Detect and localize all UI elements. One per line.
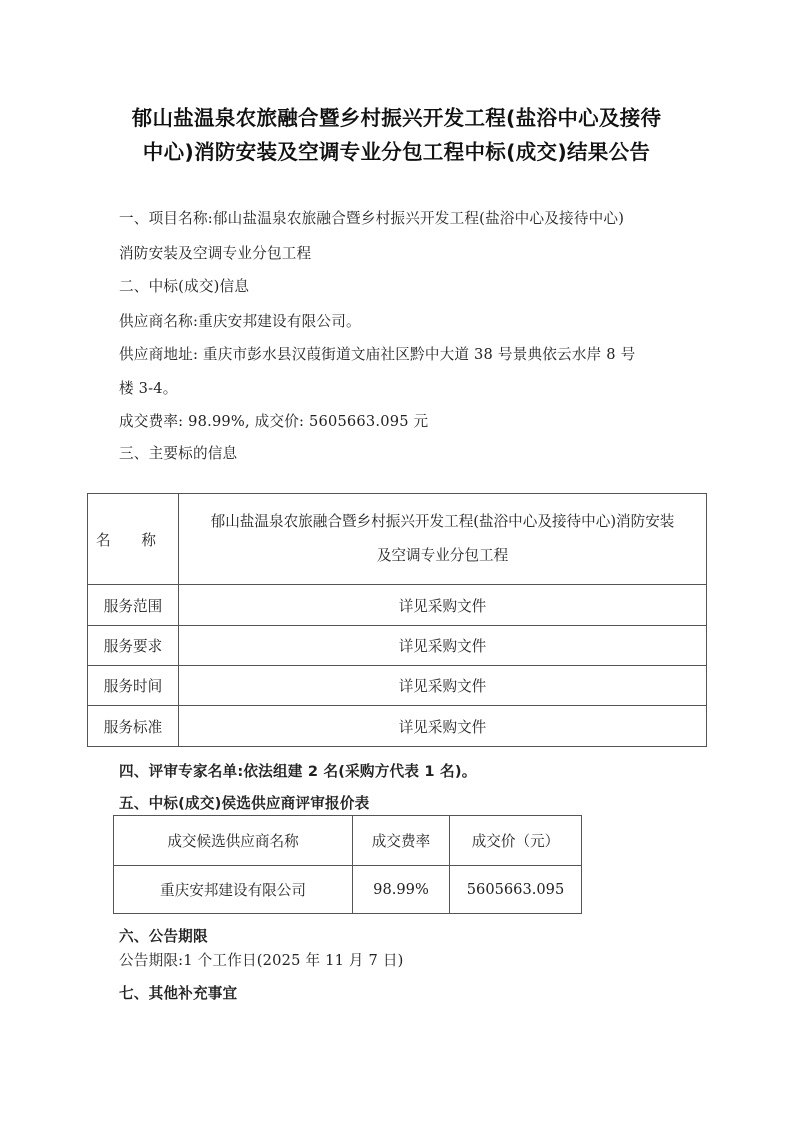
name-label-cell: 名 称 <box>88 494 179 585</box>
name-label-char-1: 名 <box>96 529 111 550</box>
cell-supplier-name: 重庆安邦建设有限公司 <box>114 866 353 914</box>
cell-price: 5605663.095 <box>450 866 582 914</box>
table-header-row: 成交候选供应商名称 成交费率 成交价（元） <box>114 816 582 866</box>
header-price: 成交价（元） <box>450 816 582 866</box>
section-4-heading: 四、评审专家名单:依法组建 2 名(采购方代表 1 名)。 <box>119 760 476 781</box>
supplier-name: 供应商名称:重庆安邦建设有限公司。 <box>119 310 361 331</box>
table-row: 服务标准 详见采购文件 <box>88 706 707 747</box>
table-row: 服务时间 详见采购文件 <box>88 666 707 706</box>
price-line: 成交费率: 98.99%, 成交价: 5605663.095 元 <box>119 410 428 431</box>
row-value: 详见采购文件 <box>179 626 707 666</box>
bid-quote-table: 成交候选供应商名称 成交费率 成交价（元） 重庆安邦建设有限公司 98.99% … <box>113 815 582 914</box>
table-row-name: 名 称 郁山盐温泉农旅融合暨乡村振兴开发工程(盐浴中心及接待中心)消防安装 及空… <box>88 494 707 585</box>
name-label-char-2: 称 <box>141 529 156 550</box>
section-6-heading: 六、公告期限 <box>119 925 208 946</box>
name-value-line-2: 及空调专业分包工程 <box>179 539 706 573</box>
row-label: 服务标准 <box>88 706 179 747</box>
project-name-line-2: 消防安装及空调专业分包工程 <box>119 242 311 263</box>
table-row: 重庆安邦建设有限公司 98.99% 5605663.095 <box>114 866 582 914</box>
supplier-address-line-1: 供应商地址: 重庆市彭水县汉葭街道文庙社区黔中大道 38 号景典依云水岸 8 号 <box>119 343 635 364</box>
row-value: 详见采购文件 <box>179 666 707 706</box>
supplier-address-line-2: 楼 3-4。 <box>119 377 178 398</box>
title-line-2: 中心)消防安装及空调专业分包工程中标(成交)结果公告 <box>0 135 793 169</box>
section-2-heading: 二、中标(成交)信息 <box>119 275 249 296</box>
row-value: 详见采购文件 <box>179 585 707 626</box>
section-5-heading: 五、中标(成交)侯选供应商评审报价表 <box>119 792 369 813</box>
table-row: 服务范围 详见采购文件 <box>88 585 707 626</box>
title-line-1: 郁山盐温泉农旅融合暨乡村振兴开发工程(盐浴中心及接待 <box>0 101 793 135</box>
row-label: 服务范围 <box>88 585 179 626</box>
row-label: 服务时间 <box>88 666 179 706</box>
header-fee-rate: 成交费率 <box>353 816 450 866</box>
project-name-line-1: 一、项目名称:郁山盐温泉农旅融合暨乡村振兴开发工程(盐浴中心及接待中心) <box>119 207 624 228</box>
row-label: 服务要求 <box>88 626 179 666</box>
header-supplier-name: 成交候选供应商名称 <box>114 816 353 866</box>
document-title: 郁山盐温泉农旅融合暨乡村振兴开发工程(盐浴中心及接待 中心)消防安装及空调专业分… <box>0 101 793 169</box>
cell-fee-rate: 98.99% <box>353 866 450 914</box>
name-value-line-1: 郁山盐温泉农旅融合暨乡村振兴开发工程(盐浴中心及接待中心)消防安装 <box>179 505 706 539</box>
section-3-heading: 三、主要标的信息 <box>119 442 237 463</box>
section-7-heading: 七、其他补充事宜 <box>119 982 237 1003</box>
main-subject-table: 名 称 郁山盐温泉农旅融合暨乡村振兴开发工程(盐浴中心及接待中心)消防安装 及空… <box>87 493 707 747</box>
announcement-period: 公告期限:1 个工作日(2025 年 11 月 7 日) <box>119 949 404 970</box>
name-value-cell: 郁山盐温泉农旅融合暨乡村振兴开发工程(盐浴中心及接待中心)消防安装 及空调专业分… <box>179 494 707 585</box>
table-row: 服务要求 详见采购文件 <box>88 626 707 666</box>
row-value: 详见采购文件 <box>179 706 707 747</box>
